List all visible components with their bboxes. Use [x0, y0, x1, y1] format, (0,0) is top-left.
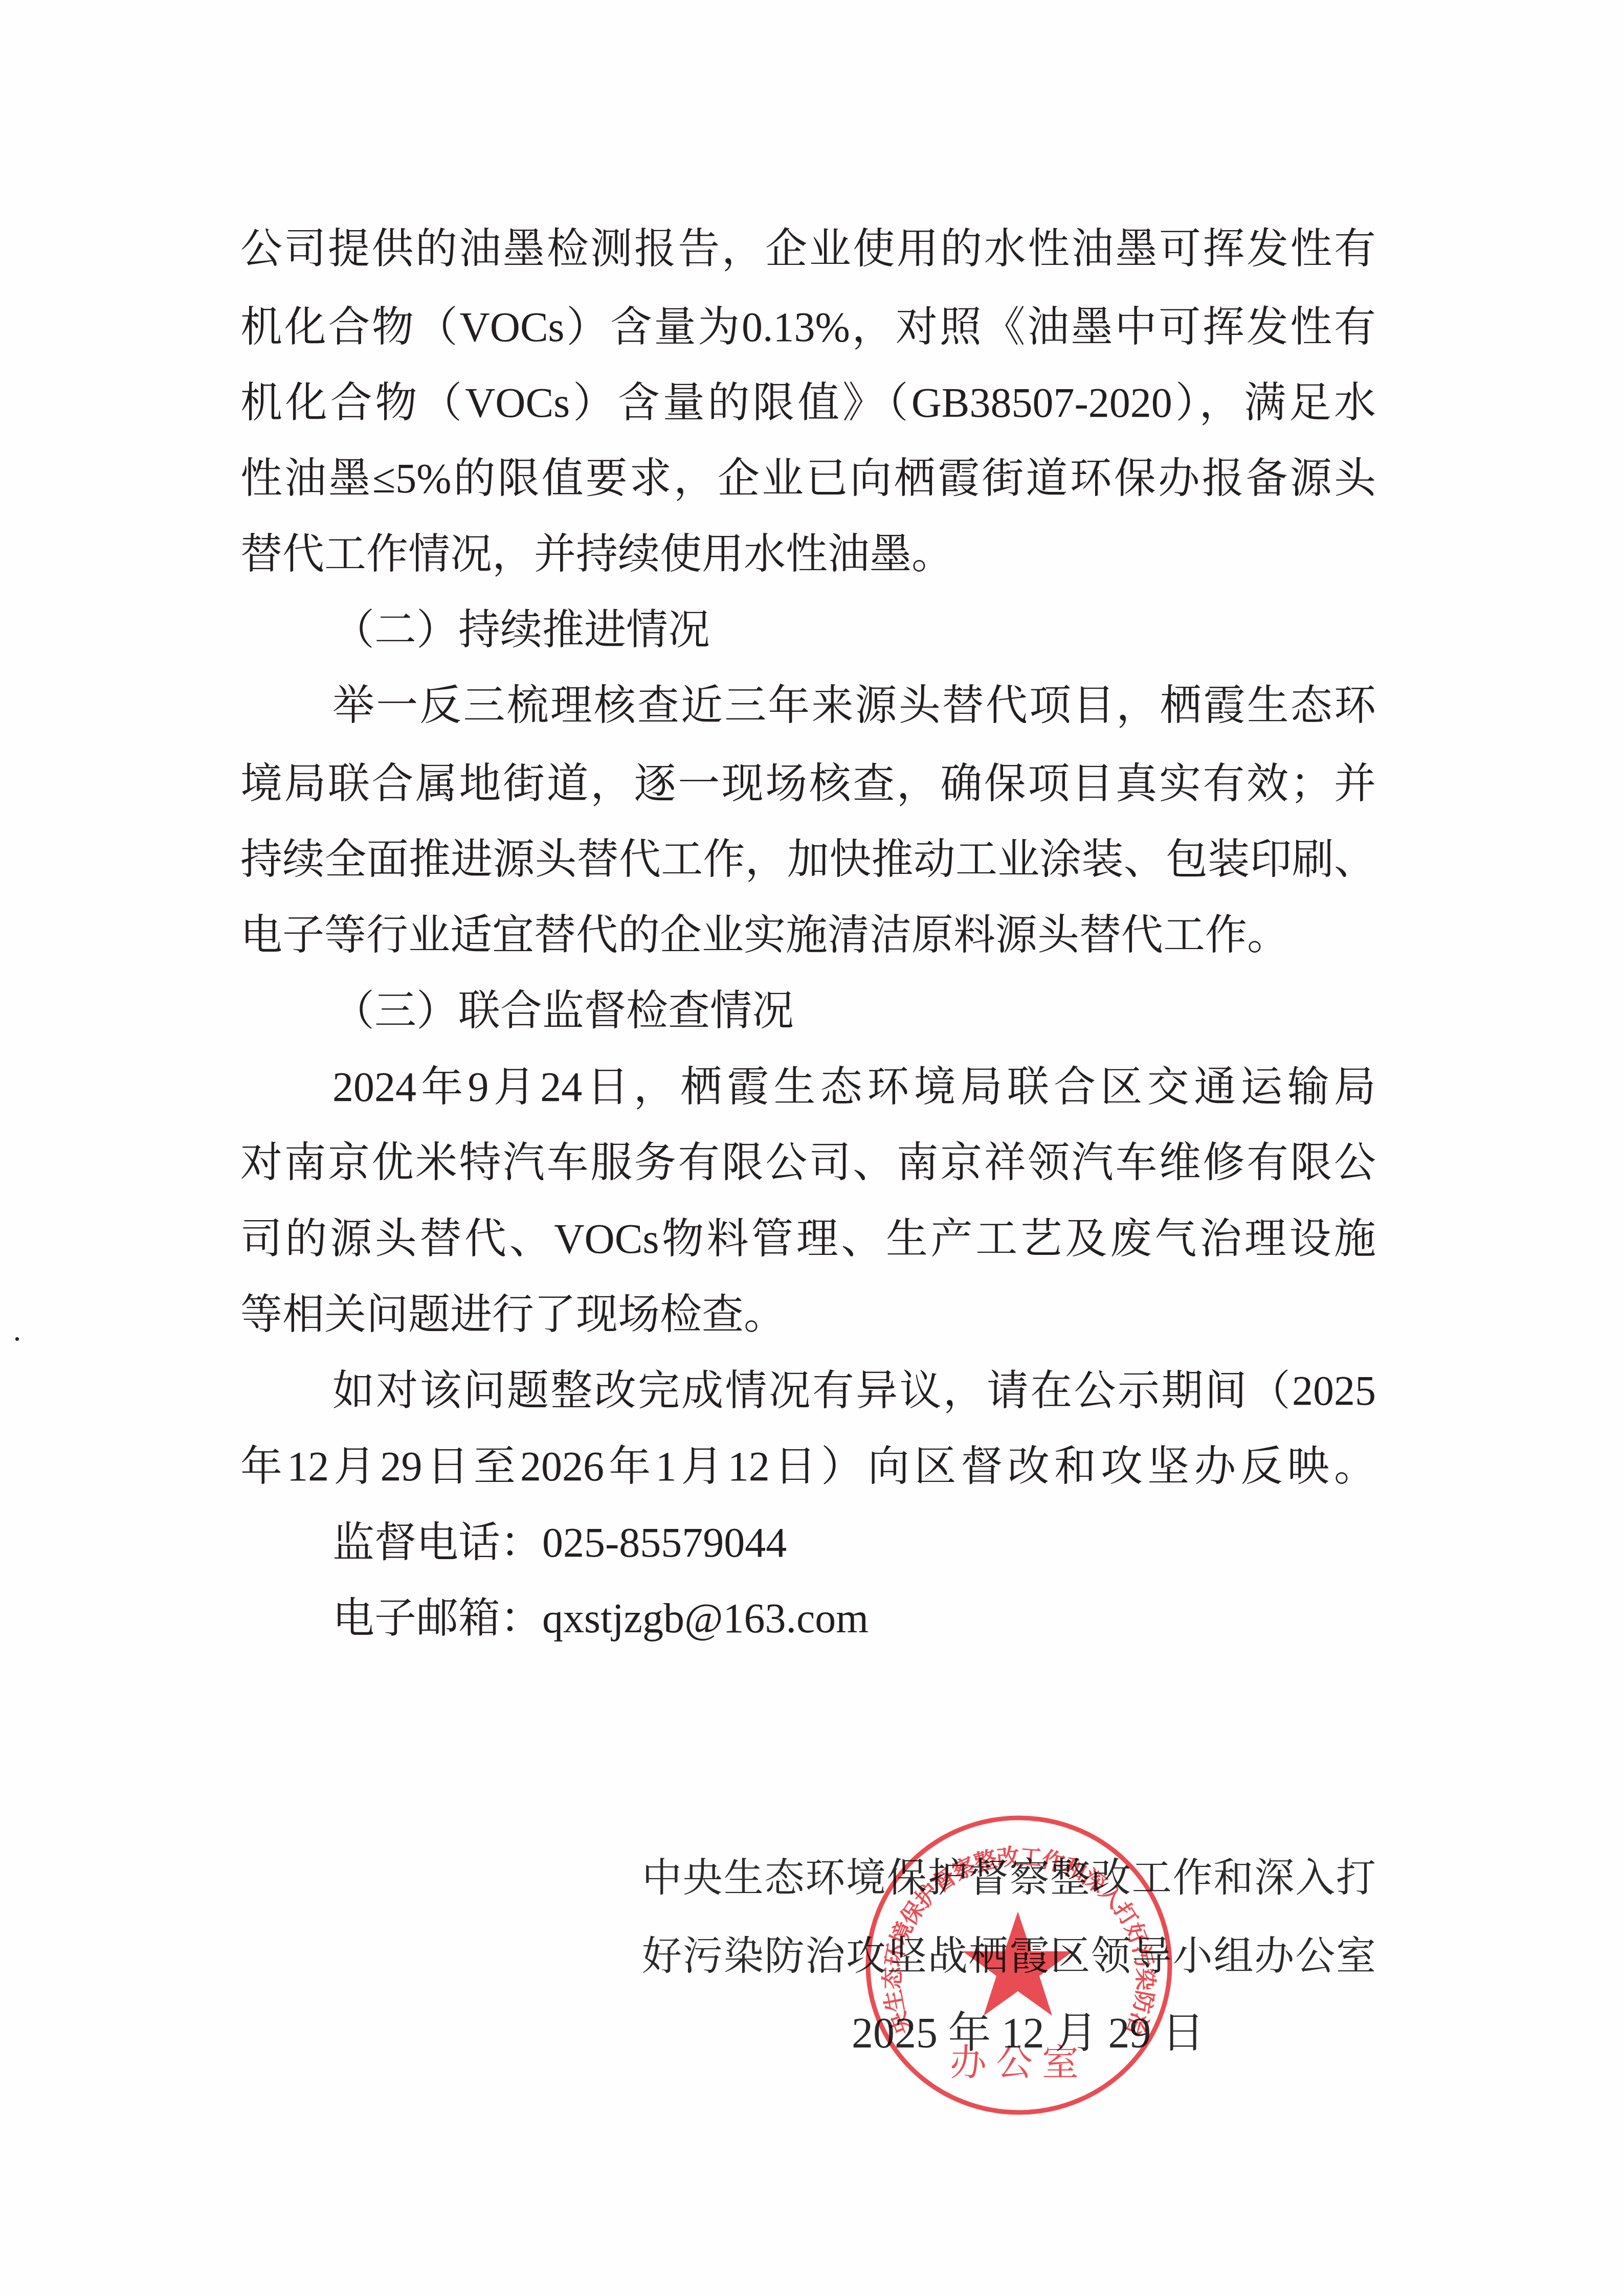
paragraph-line: 替代工作情况，并持续使用水性油墨。 — [240, 524, 1376, 585]
section-heading: （三）联合监督检查情况 — [332, 980, 794, 1042]
official-seal-stamp: 南京市栖霞区中央生态环境保护督察整改工作和深入打好污染防治攻坚战领导小组 办公室 — [864, 1814, 1173, 2116]
paragraph-line: 机化合物（VOCs）含量为0.13%，对照《油墨中可挥发性有 — [240, 297, 1376, 358]
paragraph-line: 如对该问题整改完成情况有异议，请在公示期间（2025 — [332, 1360, 1376, 1422]
paragraph-line: 对南京优米特汽车服务有限公司、南京祥领汽车维修有限公 — [240, 1132, 1376, 1194]
phone-row: 监督电话：025-85579044 — [332, 1512, 787, 1573]
section-heading: （二）持续推进情况 — [332, 599, 710, 661]
paragraph-line: 电子等行业适宜替代的企业实施清洁原料源头替代工作。 — [240, 905, 1376, 966]
paragraph-line: 等相关问题进行了现场检查。 — [240, 1284, 1376, 1345]
paragraph-line: 性油墨≤5%的限值要求，企业已向栖霞街道环保办报备源头 — [240, 448, 1376, 509]
paragraph-line: 司的源头替代、VOCs物料管理、生产工艺及废气治理设施 — [240, 1208, 1376, 1270]
email-address: qxstjzgb@163.com — [542, 1595, 869, 1641]
phone-number: 025-85579044 — [542, 1519, 787, 1566]
paragraph-line: 2024年9月24日，栖霞生态环境局联合区交通运输局 — [332, 1056, 1376, 1118]
paragraph-line: 境局联合属地街道，逐一现场核查，确保项目真实有效；并 — [240, 753, 1376, 815]
document-page: 公司提供的油墨检测报告，企业使用的水性油墨可挥发性有 机化合物（VOCs）含量为… — [0, 0, 1624, 2296]
star-icon — [963, 1911, 1073, 2016]
stamp-center-text: 办公室 — [950, 2042, 1088, 2083]
paragraph-line: 年12月29日至2026年1月12日）向区督改和攻坚办反映。 — [240, 1436, 1376, 1497]
paragraph-line: 机化合物（VOCs）含量的限值》（GB38507-2020），满足水 — [240, 372, 1376, 434]
paragraph-line: 公司提供的油墨检测报告，企业使用的水性油墨可挥发性有 — [240, 218, 1376, 280]
email-label: 电子邮箱： — [332, 1595, 542, 1641]
email-row: 电子邮箱：qxstjzgb@163.com — [332, 1588, 869, 1649]
paragraph-line: 持续全面推进源头替代工作，加快推动工业涂装、包装印刷、 — [240, 829, 1376, 890]
paragraph-line: 举一反三梳理核查近三年来源头替代项目，栖霞生态环 — [332, 675, 1376, 736]
scan-speck — [15, 1337, 19, 1341]
phone-label: 监督电话： — [332, 1519, 542, 1566]
